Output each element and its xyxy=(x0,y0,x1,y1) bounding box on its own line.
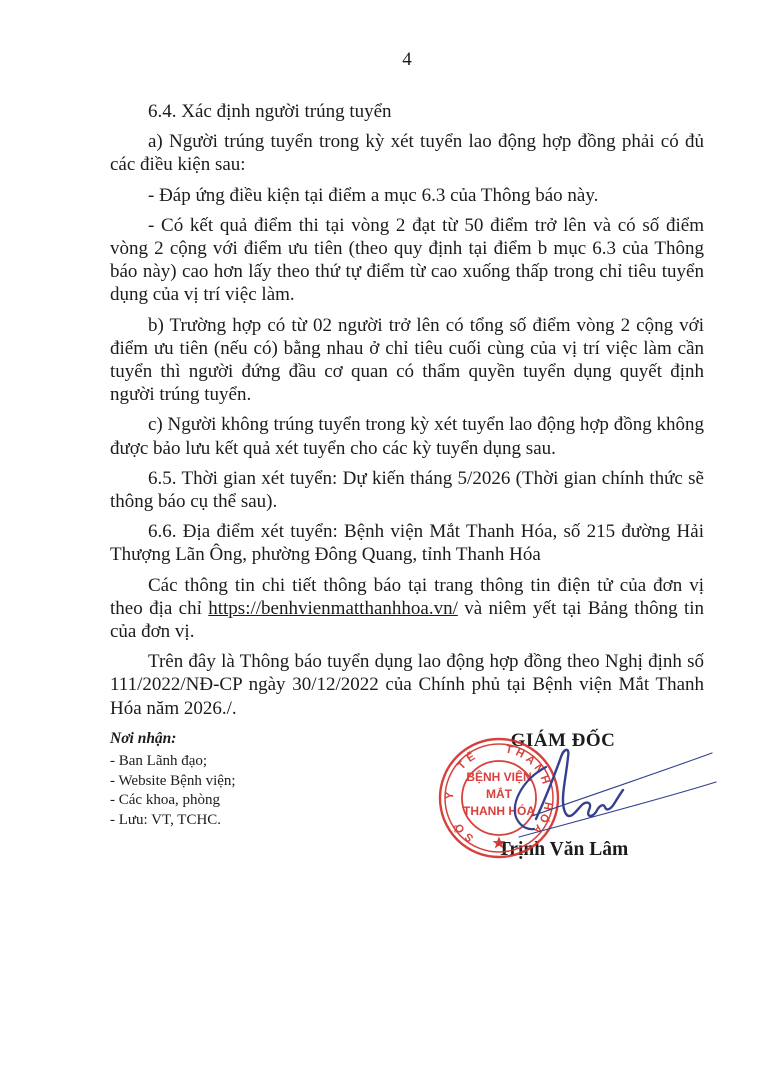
section-heading-6-4: 6.4. Xác định người trúng tuyển xyxy=(110,100,704,123)
page-number: 4 xyxy=(110,49,704,71)
director-signature xyxy=(430,735,730,855)
recipients-block: Nơi nhận: - Ban Lãnh đạo; - Website Bệnh… xyxy=(110,730,236,831)
recipient-item: - Website Bệnh viện; xyxy=(110,772,236,792)
recipient-item: - Lưu: VT, TCHC. xyxy=(110,811,236,831)
paragraph-a: a) Người trúng tuyển trong kỳ xét tuyển … xyxy=(110,130,704,176)
recipient-item: - Các khoa, phòng xyxy=(110,791,236,811)
website-link[interactable]: https://benhvienmatthanhhoa.vn/ xyxy=(208,598,458,619)
bullet-condition-2: - Có kết quả điểm thi tại vòng 2 đạt từ … xyxy=(110,214,704,307)
info-paragraph: Các thông tin chi tiết thông báo tại tra… xyxy=(110,574,704,644)
document-body: 6.4. Xác định người trúng tuyển a) Người… xyxy=(110,100,704,727)
section-6-5: 6.5. Thời gian xét tuyển: Dự kiến tháng … xyxy=(110,467,704,513)
recipient-item: - Ban Lãnh đạo; xyxy=(110,752,236,772)
paragraph-c: c) Người không trúng tuyển trong kỳ xét … xyxy=(110,413,704,459)
document-page: 4 6.4. Xác định người trúng tuyển a) Ngư… xyxy=(0,0,766,1083)
paragraph-b: b) Trường hợp có từ 02 người trở lên có … xyxy=(110,314,704,407)
bullet-condition-1: - Đáp ứng điều kiện tại điểm a mục 6.3 c… xyxy=(110,184,704,207)
closing-paragraph: Trên đây là Thông báo tuyển dụng lao độn… xyxy=(110,650,704,720)
section-6-6: 6.6. Địa điểm xét tuyển: Bệnh viện Mắt T… xyxy=(110,520,704,566)
recipients-label: Nơi nhận: xyxy=(110,730,236,748)
